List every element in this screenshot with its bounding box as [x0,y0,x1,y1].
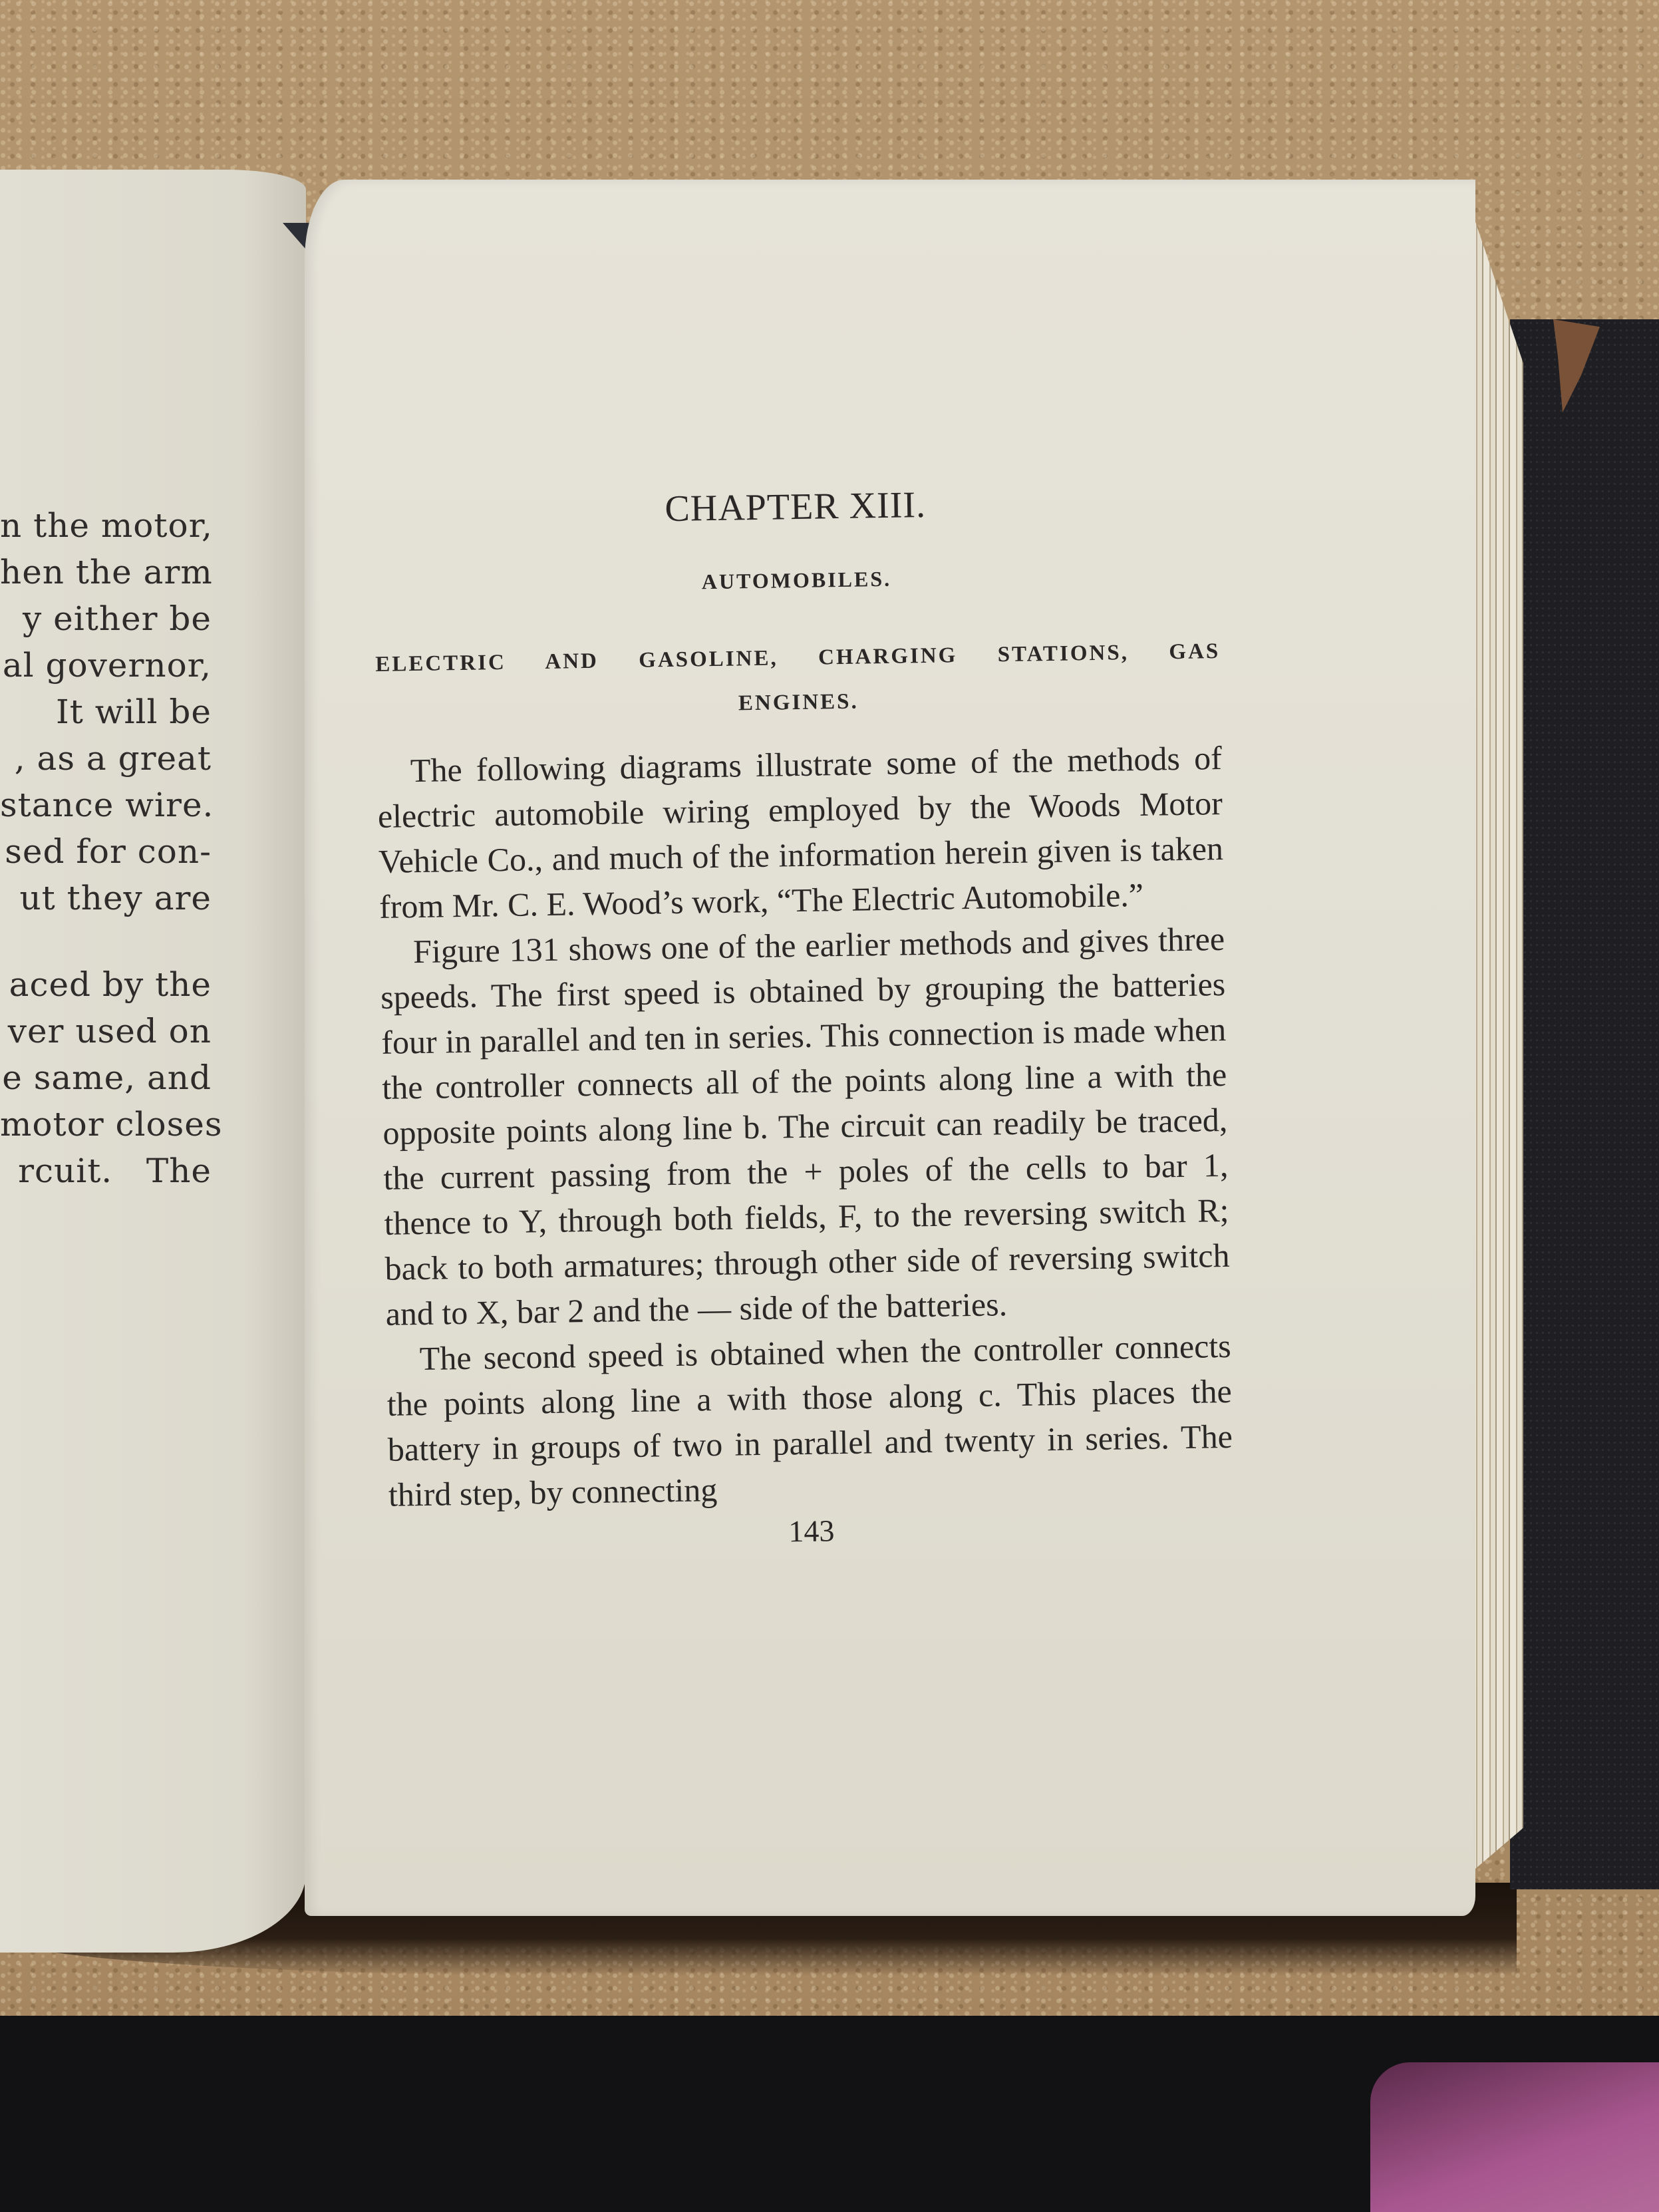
text-line: sed for con- [0,828,212,875]
paragraph: The second speed is obtained when the co… [386,1323,1233,1517]
text-line: , as a great [0,735,212,782]
chapter-subtitle-continued: ENGINES. [376,684,1221,722]
section-title: AUTOMOBILES. [374,561,1219,599]
text-line: e same, and [0,1054,212,1101]
text-line: ut they are [0,875,212,921]
left-page: n the motor, hen the arm y either be al … [0,170,306,1953]
left-page-text: n the motor, hen the arm y either be al … [0,502,212,1194]
text-line: hen the arm [0,549,212,595]
text-line: It will be [0,689,212,735]
text-line: ver used on [0,1008,212,1054]
text-line: aced by the [0,961,212,1008]
paragraph-gap [0,921,212,961]
text-line: rcuit. The [0,1148,212,1194]
text-line: n the motor, [0,502,212,549]
right-page-content: CHAPTER XIII. AUTOMOBILES. ELECTRIC AND … [373,466,1234,1555]
text-line: al governor, [0,642,212,689]
chapter-subtitle: ELECTRIC AND GASOLINE, CHARGING STATIONS… [375,639,1220,677]
pink-fabric [1370,2062,1659,2212]
book-cover [1510,319,1659,1889]
text-line: stance wire. [0,782,212,828]
text-line: y either be [0,595,212,642]
text-line: motor closes [0,1101,212,1148]
paragraph: Figure 131 shows one of the earlier meth… [380,916,1231,1337]
paragraph: The following diagrams illustrate some o… [377,735,1224,929]
